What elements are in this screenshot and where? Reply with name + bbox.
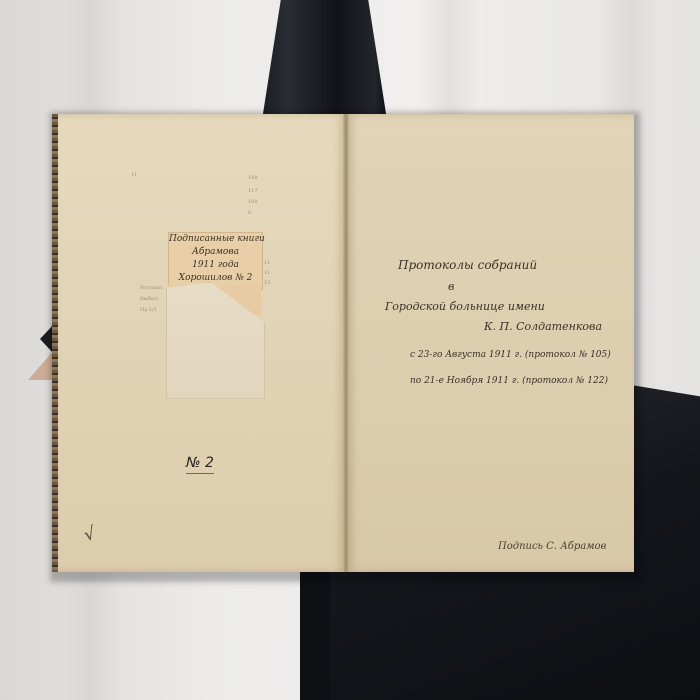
faint-number: 168 <box>248 199 258 205</box>
label-line: Хорошилов № 2 <box>169 272 262 285</box>
signature: Подпись С. Абрамов <box>498 541 606 552</box>
display-stand-top <box>262 0 387 120</box>
right-page <box>346 114 634 572</box>
label-line: Подписанные книги <box>169 233 262 246</box>
faint-number: 148 <box>248 175 258 181</box>
label-line: Абрамова <box>169 246 262 259</box>
display-stand-edge <box>300 570 330 700</box>
title-line: Городской больнице имени <box>385 300 545 313</box>
faint-number: 117 <box>248 188 258 194</box>
title-line: в <box>448 280 454 293</box>
faint-label: Вступил <box>140 285 162 291</box>
faint-label: Выбыл <box>140 296 158 302</box>
title-line: Протоколы собраний <box>398 258 537 272</box>
faint-number: 11 <box>264 260 270 266</box>
library-label: Подписанные книги Абрамова 1911 года Хор… <box>168 232 263 290</box>
faint-number: 12 <box>264 280 270 286</box>
date-line: с 23-го Августа 1911 г. (протокол № 105) <box>410 350 611 360</box>
faint-mark: 11 <box>131 172 137 178</box>
date-line: по 21-е Ноября 1911 г. (протокол № 122) <box>410 376 608 386</box>
volume-number: № 2 <box>186 455 214 474</box>
faint-number: 8 <box>248 210 251 216</box>
faint-label: На 1/1 <box>140 307 157 313</box>
title-line: К. П. Солдатенкова <box>484 320 602 333</box>
faint-number: 11 <box>264 270 270 276</box>
book-gutter <box>343 114 349 572</box>
label-line: 1911 года <box>169 259 262 272</box>
